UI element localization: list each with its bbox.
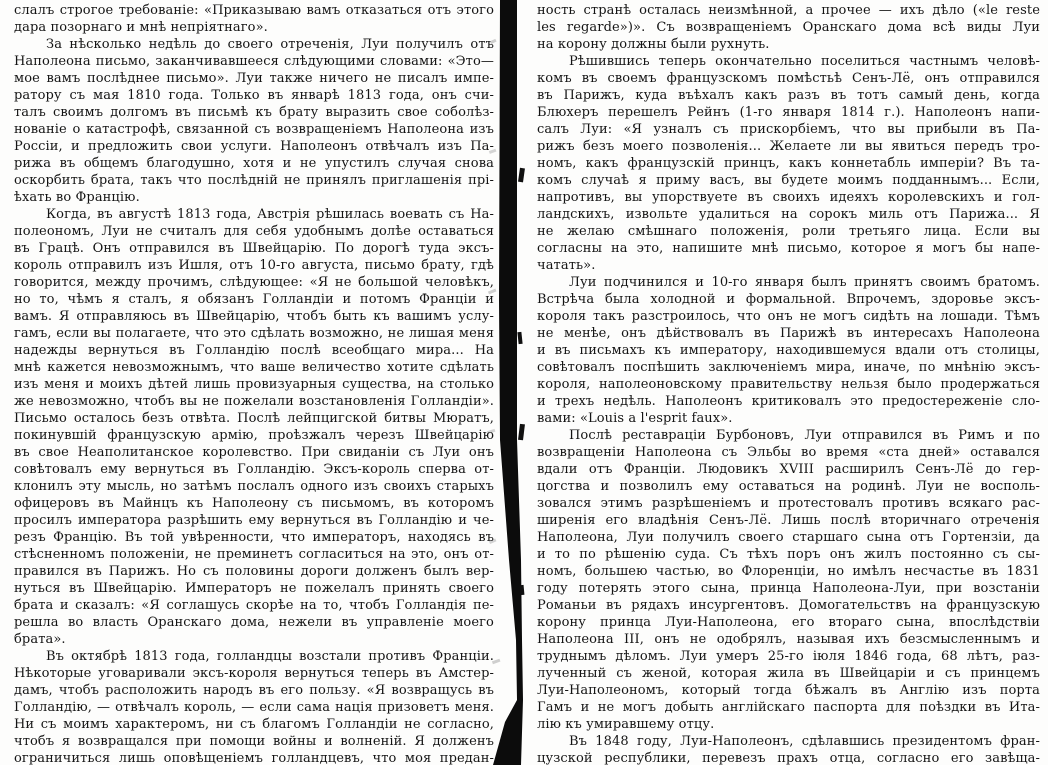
text-line: дамъ, чтобъ расположить народъ въ его по… [14, 682, 494, 699]
text-line: ландскихъ, извольте удалиться на сорокъ … [537, 206, 1040, 223]
text-line: не желаю смѣшнаго положенія, роли третья… [537, 223, 1040, 240]
text-line: полеономъ, Луи не считалъ для себя удобн… [14, 223, 494, 240]
text-line: мнѣ кажется невозможнымъ, что ваше велич… [14, 359, 494, 376]
text-line: Нѣкоторые уговаривали эксъ-короля вернут… [14, 665, 494, 682]
text-line: лученный съ женой, которая жила въ Швейц… [537, 665, 1040, 682]
text-line: нуться въ Швейцарію. Императоръ не пожел… [14, 580, 494, 597]
text-line: Когда, въ августѣ 1813 года, Австрія рѣш… [14, 206, 494, 223]
text-line: номъ, большею частью, во Флоренціи, но и… [537, 563, 1040, 580]
text-line: Ни съ моимъ характеромъ, ни съ благомъ Г… [14, 716, 494, 733]
text-line: въ Парижъ, куда въѣхалъ какъ разъ въ тот… [537, 87, 1040, 104]
text-line: оскорбить брата, такъ что послѣдній не п… [14, 172, 494, 189]
text-line: офицеровъ въ Майнцъ къ Наполеону съ пись… [14, 495, 494, 512]
text-line: вамъ. Я отправляюсь въ Швейцарію, чтобъ … [14, 308, 494, 325]
text-line: чатать». [537, 257, 1040, 274]
text-line: Въ октябрѣ 1813 года, голландцы возстали… [14, 648, 494, 665]
text-line: дара позорнаго и мнѣ непріятнаго». [14, 19, 494, 36]
text-line: напротивъ, вы упорствуете въ своихъ идея… [537, 189, 1040, 206]
text-line: изъ меня и моихъ дѣтей лишь провизуарныя… [14, 376, 494, 393]
text-line: же невозможно, чтобъ вы не пожелали возс… [14, 393, 494, 410]
text-line: но то, чѣмъ я сталъ, я обязанъ Голландіи… [14, 291, 494, 308]
text-line: стѣсненномъ положеніи, не преминетъ согл… [14, 546, 494, 563]
text-column-right: ность странѣ осталась неизмѣнной, а проч… [537, 2, 1040, 765]
text-line: брата и сказалъ: «Я соглашусь скорѣе на … [14, 597, 494, 614]
text-line: говорится, между прочимъ, слѣдующее: «Я … [14, 274, 494, 291]
text-line: Гамъ и не могъ добыть англійскаго паспор… [537, 699, 1040, 716]
text-line: брата». [14, 631, 494, 648]
text-line: Луи подчинился и 10-го января былъ приня… [537, 274, 1040, 291]
text-line: les regarde»)». Съ возвращеніемъ Оранска… [537, 19, 1040, 36]
text-line: рижа въ общемъ благодушно, хотя и не упу… [14, 155, 494, 172]
text-line: салъ Луи: «Я узналъ съ прискорбіемъ, что… [537, 121, 1040, 138]
text-line: За нѣсколько недѣль до своего отреченія,… [14, 36, 494, 53]
text-line: ратору съ мая 1810 года. Только въ январ… [14, 87, 494, 104]
text-line: лію къ умиравшему отцу. [537, 716, 1040, 733]
text-line: въ Грацѣ. Онъ отправился въ Швейцарію. П… [14, 240, 494, 257]
text-line: покинувшій французскую армію, проѣзжалъ … [14, 427, 494, 444]
text-line: клонилъ эту мысль, но затѣмъ послалъ одн… [14, 478, 494, 495]
text-line: чтобъ я возвращался при помощи войны и в… [14, 733, 494, 750]
text-line: нованіе о катастрофѣ, связанной съ возвр… [14, 121, 494, 138]
text-line: Луи-Наполеономъ, который тогда бѣжалъ въ… [537, 682, 1040, 699]
text-line: короля такъ разстроилось, что онъ не мог… [537, 308, 1040, 325]
text-line: зовался этимъ разрѣшеніемъ и протестовал… [537, 495, 1040, 512]
text-line: мое вамъ послѣднее письмо». Луи также ни… [14, 70, 494, 87]
text-line: и то по рѣшенію суда. Съ тѣхъ поръ онъ ж… [537, 546, 1040, 563]
text-line: Наполеона III, онъ не одобрялъ, называя … [537, 631, 1040, 648]
text-line: комъ случаѣ я приму васъ, вы будете моим… [537, 172, 1040, 189]
text-line: цузской республики, перевезъ прахъ отца,… [537, 750, 1040, 765]
text-line: ограничиться лишь оповѣщеніемъ голландце… [14, 750, 494, 765]
text-line: Россіи, и предложить свои услуги. Наполе… [14, 138, 494, 155]
text-line: ѣхать во Францію. [14, 189, 494, 206]
book-page: слалъ строгое требованіе: «Приказываю ва… [0, 0, 1048, 765]
text-line: труднымъ дѣломъ. Луи умеръ 25-го іюля 18… [537, 648, 1040, 665]
text-line: согласны на это, напишите мнѣ письмо, ко… [537, 240, 1040, 257]
text-line: и въ письмахъ къ императору, находившему… [537, 342, 1040, 359]
text-line: гамъ, если вы полагаете, что это сдѣлать… [14, 325, 494, 342]
text-line: короля, наполеоновскому правительству не… [537, 376, 1040, 393]
text-line: Голландію, — отвѣчалъ король, — если сам… [14, 699, 494, 716]
text-line: Встрѣча была холодной и формальной. Впро… [537, 291, 1040, 308]
text-line: ширенія его владѣнія Сенъ-Лё. Лишь послѣ… [537, 512, 1040, 529]
text-line: рижъ безъ моего позволенія... Желаете ли… [537, 138, 1040, 155]
text-line: просилъ императора разрѣшить ему вернуть… [14, 512, 494, 529]
text-line: Рѣшившись теперь окончательно поселиться… [537, 53, 1040, 70]
text-line: совѣтовалъ поспѣшить заключеніемъ мира, … [537, 359, 1040, 376]
text-line: и трехъ недѣль. Наполеонъ критиковалъ эт… [537, 393, 1040, 410]
text-line: въ свое Неаполитанское королевство. При … [14, 444, 494, 461]
text-line: вдали отъ Франціи. Людовикъ XVIII расшир… [537, 461, 1040, 478]
text-line: решла во власть Оранскаго дома, нежели в… [14, 614, 494, 631]
text-line: резъ Францію. Въ той увѣренности, что им… [14, 529, 494, 546]
text-line: Въ 1848 году, Луи-Наполеонъ, сдѣлавшись … [537, 733, 1040, 750]
text-line: вами: «Louis a l'esprit faux». [537, 410, 1040, 427]
text-line: Романьи въ рядахъ инсургентовъ. Домогате… [537, 597, 1040, 614]
text-line: корону принца Луи-Наполеона, его втораго… [537, 614, 1040, 631]
text-line: цогства и позволилъ ему оставаться на ро… [537, 478, 1040, 495]
text-line: Послѣ реставраціи Бурбоновъ, Луи отправи… [537, 427, 1040, 444]
text-line: возвращеніи Наполеона съ Эльбы во время … [537, 444, 1040, 461]
text-line: Блюхеръ перешелъ Рейнъ (1-го января 1814… [537, 104, 1040, 121]
text-column-left: слалъ строгое требованіе: «Приказываю ва… [14, 2, 494, 765]
text-line: слалъ строгое требованіе: «Приказываю ва… [14, 2, 494, 19]
text-line: Письмо осталось безъ отвѣта. Послѣ лейпц… [14, 410, 494, 427]
text-line: номъ, какъ французскій принцъ, какъ конн… [537, 155, 1040, 172]
text-line: году потерять этого сына, принца Наполео… [537, 580, 1040, 597]
text-line: совѣтовалъ ему вернуться въ Голландію. Э… [14, 461, 494, 478]
text-line: талъ своимъ долгомъ въ письмѣ къ брату в… [14, 104, 494, 121]
text-line: ность странѣ осталась неизмѣнной, а проч… [537, 2, 1040, 19]
text-line: Наполеона письмо, заканчивавшееся слѣдую… [14, 53, 494, 70]
text-line: король отправилъ изъ Ишля, отъ 10-го авг… [14, 257, 494, 274]
text-line: правился въ Парижъ. Но съ половины дорог… [14, 563, 494, 580]
text-line: не менѣе, онъ дѣйствовалъ въ Парижѣ въ и… [537, 325, 1040, 342]
text-line: комъ въ своемъ французскомъ помѣстьѣ Сен… [537, 70, 1040, 87]
text-line: Наполеона, Луи получилъ своего старшаго … [537, 529, 1040, 546]
text-line: на корону должны были рухнуть. [537, 36, 1040, 53]
text-line: надежды вернуться въ Голландію послѣ все… [14, 342, 494, 359]
